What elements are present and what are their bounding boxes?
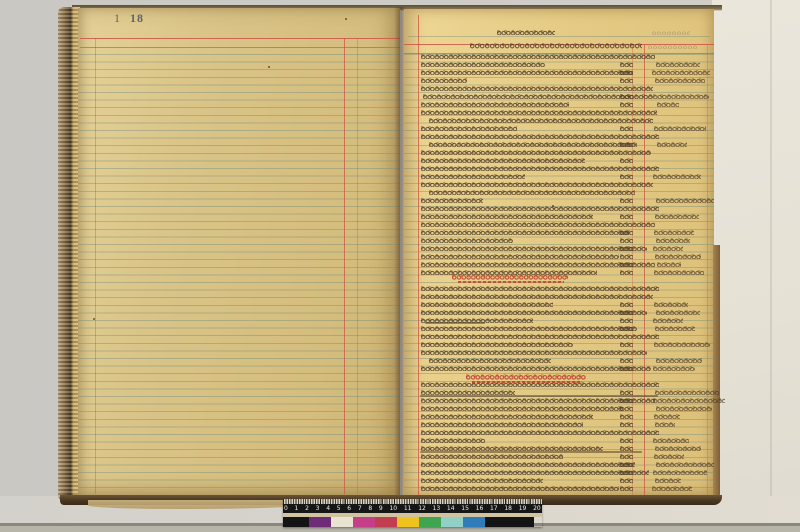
dust-speck (345, 18, 347, 20)
entry-end-mark (620, 462, 633, 467)
entry-end-mark (620, 198, 633, 203)
red-ink-section-heading (452, 274, 568, 280)
handwritten-entry-line (421, 214, 593, 219)
amount-handwriting (655, 254, 701, 259)
amount-handwriting (656, 462, 714, 467)
red-ink-underline (472, 381, 582, 383)
red-ink-section-heading (466, 374, 586, 380)
handwritten-entry-line (421, 126, 517, 131)
ruler-number: 7 (358, 504, 362, 513)
handwritten-entry-line (421, 174, 525, 179)
handwritten-entry-line (421, 102, 569, 107)
calibration-patch (441, 517, 463, 527)
ruler-number: 18 (504, 504, 512, 513)
amount-handwriting (654, 342, 710, 347)
entry-end-mark (620, 438, 633, 443)
entry-end-mark (620, 302, 633, 307)
entry-end-mark (620, 406, 633, 411)
ruler-number: 3 (316, 504, 320, 513)
entry-end-mark (620, 246, 633, 251)
handwriting-layer (0, 0, 800, 532)
entry-end-mark (620, 62, 633, 67)
header-title-handwriting (470, 43, 642, 49)
entry-end-mark (620, 102, 633, 107)
handwritten-entry-line (421, 134, 659, 139)
ink-total-rule (420, 395, 658, 397)
ruler-number: 20 (533, 504, 541, 513)
handwritten-entry-line (421, 334, 659, 339)
handwritten-entry-line (421, 286, 659, 291)
handwritten-entry-line (421, 86, 653, 91)
amount-handwriting (655, 422, 675, 427)
entry-end-mark (620, 78, 633, 83)
calibration-patch (463, 517, 485, 527)
amount-handwriting (655, 78, 705, 83)
handwritten-entry-line (421, 366, 651, 371)
entry-end-mark (620, 486, 633, 491)
calibration-patch (353, 517, 375, 527)
handwritten-entry-line (421, 182, 653, 187)
handwritten-entry-line (421, 438, 485, 443)
entry-end-mark (620, 142, 633, 147)
ruler-number: 15 (461, 504, 469, 513)
handwritten-entry-line (421, 294, 653, 299)
pencil-mark (652, 31, 690, 35)
ruler-numbers: 01234567891011121314151617181920 (283, 504, 542, 513)
handwritten-entry-line (421, 206, 659, 211)
amount-handwriting (653, 246, 683, 251)
handwritten-entry-line (421, 54, 655, 59)
ink-total-rule (420, 451, 642, 453)
ruler-number: 2 (305, 504, 309, 513)
handwritten-entry-line (421, 486, 619, 491)
entry-end-mark (620, 454, 633, 459)
amount-handwriting (653, 174, 701, 179)
entry-end-mark (620, 342, 633, 347)
amount-handwriting (653, 366, 695, 371)
amount-handwriting (655, 214, 699, 219)
handwritten-entry-line (421, 198, 483, 203)
calibration-patch (485, 517, 534, 527)
calibration-patch (331, 517, 353, 527)
entry-end-mark (620, 358, 633, 363)
handwritten-entry-line (421, 246, 647, 251)
amount-handwriting (653, 94, 709, 99)
entry-end-mark (620, 158, 633, 163)
amount-handwriting (655, 446, 701, 451)
entry-end-mark (620, 326, 633, 331)
handwritten-entry-line (421, 454, 563, 459)
handwritten-entry-line (421, 350, 647, 355)
amount-handwriting (653, 470, 707, 475)
ruler-number: 5 (337, 504, 341, 513)
amount-handwriting (654, 302, 688, 307)
handwritten-entry-line (421, 406, 623, 411)
calibration-patch (375, 517, 397, 527)
ruler-number: 14 (447, 504, 455, 513)
handwritten-entry-line (421, 326, 637, 331)
amount-handwriting (656, 358, 702, 363)
ruler-number: 16 (476, 504, 484, 513)
pencil-mark (648, 45, 698, 49)
entry-end-mark (620, 126, 633, 131)
ruler-number: 9 (379, 504, 383, 513)
amount-handwriting (656, 238, 690, 243)
amount-handwriting (656, 198, 714, 203)
entry-end-mark (620, 310, 633, 315)
handwritten-entry-line (429, 190, 635, 195)
amount-handwriting (654, 126, 706, 131)
handwritten-entry-line (421, 414, 593, 419)
handwritten-entry-line (421, 150, 651, 155)
calibration-patch (283, 517, 309, 527)
amount-handwriting (657, 142, 687, 147)
handwritten-entry-line (421, 166, 659, 171)
entry-end-mark (620, 414, 633, 419)
amount-handwriting (655, 326, 695, 331)
handwritten-entry-line (421, 302, 553, 307)
amount-handwriting (657, 262, 681, 267)
amount-handwriting (654, 454, 684, 459)
entry-end-mark (620, 270, 633, 275)
calibration-patch (397, 517, 419, 527)
handwritten-entry-line (421, 422, 583, 427)
handwritten-entry-line (421, 238, 513, 243)
amount-handwriting (653, 398, 725, 403)
entry-end-mark (620, 398, 633, 403)
dust-speck (93, 318, 95, 320)
handwritten-entry-line (429, 118, 653, 123)
entry-end-mark (620, 478, 633, 483)
amount-handwriting (657, 102, 679, 107)
calibration-patch (419, 517, 441, 527)
handwritten-entry-line (421, 62, 545, 67)
entry-end-mark (620, 94, 633, 99)
ruler-number: 6 (347, 504, 351, 513)
ruler-number: 8 (368, 504, 372, 513)
ink-total-rule (425, 322, 485, 324)
entry-end-mark (620, 366, 633, 371)
amount-handwriting (652, 70, 710, 75)
entry-end-mark (620, 470, 633, 475)
handwritten-entry-line (421, 158, 585, 163)
amount-handwriting (656, 406, 712, 411)
dust-speck (552, 205, 554, 207)
entry-end-mark (620, 174, 633, 179)
ruler-number: 4 (326, 504, 330, 513)
amount-handwriting (656, 310, 700, 315)
color-calibration-patches (283, 517, 542, 527)
entry-end-mark (620, 230, 633, 235)
amount-handwriting (656, 62, 700, 67)
entry-end-mark (620, 254, 633, 259)
entry-end-mark (620, 214, 633, 219)
entry-end-mark (620, 262, 633, 267)
amount-handwriting (655, 478, 681, 483)
handwritten-entry-line (421, 230, 629, 235)
entry-end-mark (620, 238, 633, 243)
amount-handwriting (652, 486, 692, 491)
ruler-number: 12 (418, 504, 426, 513)
handwritten-entry-line (421, 310, 647, 315)
handwritten-entry-line (423, 94, 653, 99)
handwritten-entry-line (421, 254, 619, 259)
entry-end-mark (620, 318, 633, 323)
amount-handwriting (655, 390, 719, 395)
entry-end-mark (620, 422, 633, 427)
handwritten-entry-line (421, 342, 573, 347)
photograph-of-ledger: 118 79 01234567891011121314151617181920 (0, 0, 800, 532)
ruler-number: 13 (433, 504, 441, 513)
amount-handwriting (654, 270, 704, 275)
ruler-number: 19 (519, 504, 527, 513)
ruler-number: 11 (404, 504, 412, 513)
entry-end-mark (620, 70, 633, 75)
calibration-patch (309, 517, 331, 527)
red-ink-underline (458, 281, 564, 283)
handwritten-entry-line (421, 222, 655, 227)
ruler-number: 17 (490, 504, 498, 513)
ruler-number: 0 (284, 504, 288, 513)
ruler-number: 10 (389, 504, 397, 513)
handwritten-entry-line (421, 462, 635, 467)
amount-handwriting (653, 318, 683, 323)
handwritten-entry-line (429, 358, 551, 363)
handwritten-entry-line (421, 70, 633, 75)
handwritten-entry-line (421, 430, 659, 435)
header-invocation-handwriting (497, 30, 555, 35)
handwritten-entry-line (429, 142, 637, 147)
handwritten-entry-line (421, 478, 543, 483)
handwritten-entry-line (421, 110, 657, 115)
handwritten-entry-line (421, 78, 467, 83)
ruler-number: 1 (295, 504, 299, 513)
dust-speck (268, 66, 270, 68)
handwritten-entry-line (421, 470, 649, 475)
amount-handwriting (654, 414, 680, 419)
amount-handwriting (653, 438, 689, 443)
amount-handwriting (654, 230, 694, 235)
photographic-scale-bar: 01234567891011121314151617181920 (283, 499, 542, 527)
